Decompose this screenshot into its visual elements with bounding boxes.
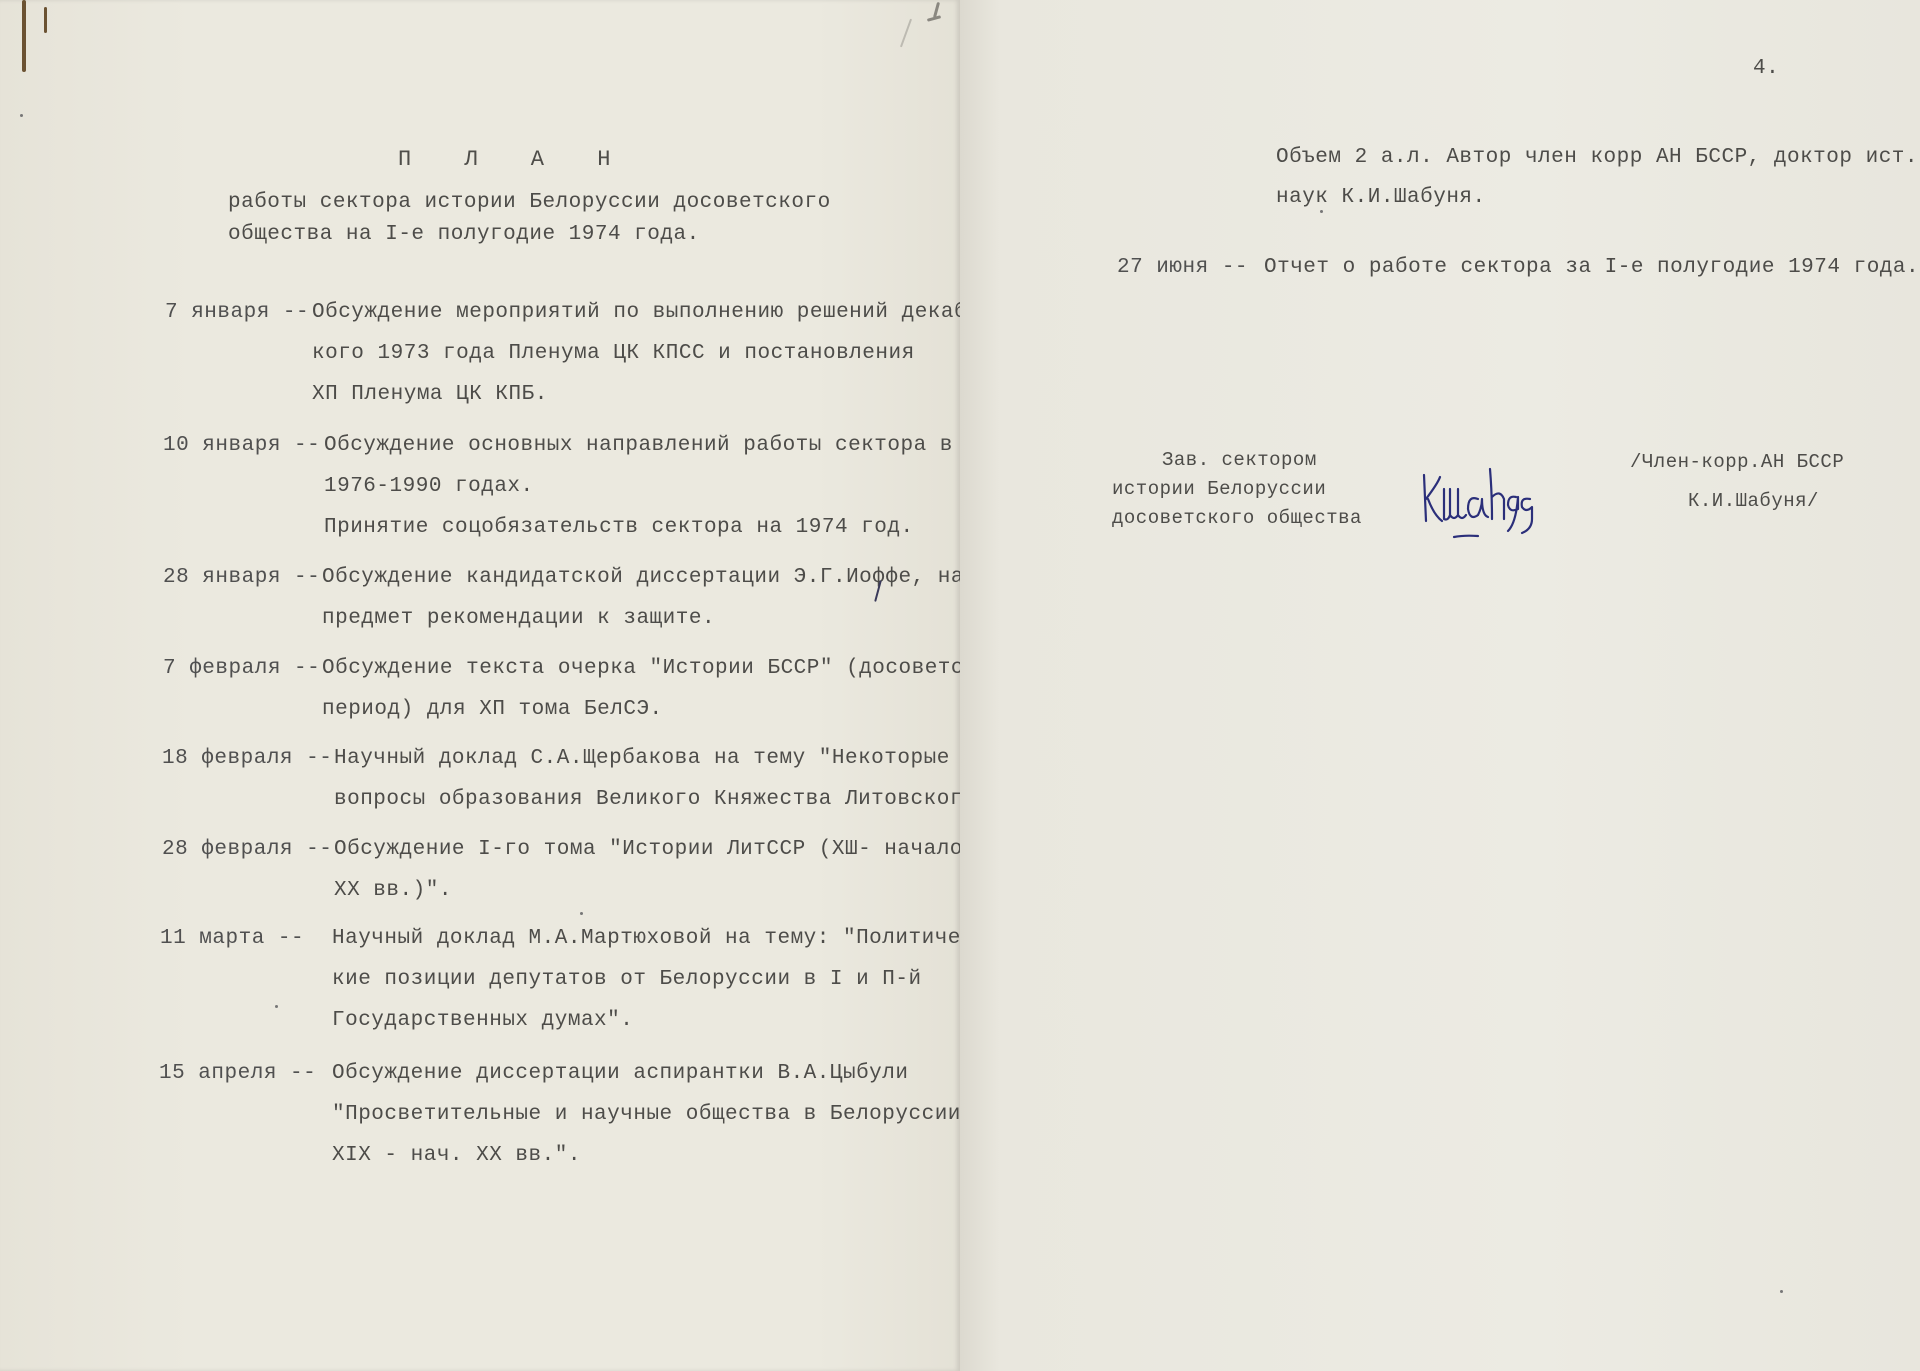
entry-line: 1976-1990 годах. bbox=[324, 474, 534, 500]
entry-date: 27 июня -- bbox=[1117, 255, 1248, 281]
paper-speck bbox=[275, 1005, 278, 1008]
paper-speck bbox=[1320, 210, 1323, 213]
entry-line: период) для ХП тома БелСЭ. bbox=[322, 697, 663, 723]
entry-line: вопросы образования Великого Княжества Л… bbox=[334, 787, 1002, 813]
signatory-position-line: досоветского общества bbox=[1112, 505, 1362, 531]
entry-line: Обсуждение основных направлений работы с… bbox=[324, 433, 953, 459]
signatory-position-line: Зав. сектором bbox=[1162, 447, 1317, 473]
entry-line: Государственных думах". bbox=[332, 1008, 633, 1034]
pencil-number-mark-icon bbox=[927, 15, 941, 22]
entry-line: Отчет о работе сектора за I-е полугодие … bbox=[1264, 255, 1919, 281]
entry-line: Научный доклад С.А.Щербакова на тему "Не… bbox=[334, 746, 950, 772]
entry-line: Обсуждение мероприятий по выполнению реш… bbox=[312, 300, 1006, 326]
entry-date: 7 января -- bbox=[165, 300, 309, 326]
continuation-line: Объем 2 а.л. Автор член корр АН БССР, до… bbox=[1276, 145, 1918, 171]
document-subtitle-line: работы сектора истории Белоруссии досове… bbox=[228, 190, 831, 216]
entry-line: "Просветительные и научные общества в Бе… bbox=[332, 1102, 987, 1128]
entry-line: Научный доклад М.А.Мартюховой на тему: "… bbox=[332, 926, 987, 952]
document-title: П Л А Н bbox=[398, 147, 630, 173]
paper-speck bbox=[580, 912, 583, 915]
pencil-mark-icon bbox=[22, 0, 26, 72]
pencil-mark-icon bbox=[44, 7, 47, 33]
entry-line: кие позиции депутатов от Белоруссии в I … bbox=[332, 967, 922, 993]
signatory-name-line: К.И.Шабуня/ bbox=[1688, 488, 1819, 514]
pencil-faint-mark-icon bbox=[900, 19, 912, 48]
entry-line: ХП Пленума ЦК КПБ. bbox=[312, 382, 548, 408]
signatory-name-line: /Член-корр.АН БССР bbox=[1630, 449, 1844, 475]
entry-line: ХХ вв.)". bbox=[334, 878, 452, 904]
paper-speck bbox=[1780, 1290, 1783, 1293]
entry-date: 10 января -- bbox=[163, 433, 320, 459]
entry-date: 18 февраля -- bbox=[162, 746, 332, 772]
entry-line: XIX - нач. ХХ вв.". bbox=[332, 1143, 581, 1169]
page-number: 4. bbox=[1753, 56, 1779, 82]
entry-date: 28 февраля -- bbox=[162, 837, 332, 863]
entry-line: Обсуждение диссертации аспирантки В.А.Цы… bbox=[332, 1061, 909, 1087]
left-page: П Л А Н работы сектора истории Белорусси… bbox=[0, 0, 960, 1371]
continuation-line: наук К.И.Шабуня. bbox=[1276, 185, 1486, 211]
entry-line: Принятие соцобязательств сектора на 1974… bbox=[324, 515, 914, 541]
entry-line: Обсуждение текста очерка "Истории БССР" … bbox=[322, 656, 1003, 682]
entry-date: 15 апреля -- bbox=[159, 1061, 316, 1087]
signatory-position-line: истории Белоруссии bbox=[1112, 476, 1326, 502]
entry-date: 28 января -- bbox=[163, 565, 320, 591]
entry-line: кого 1973 года Пленума ЦК КПСС и постано… bbox=[312, 341, 915, 367]
entry-line: предмет рекомендации к защите. bbox=[322, 606, 715, 632]
paper-speck bbox=[20, 114, 23, 117]
entry-line: Обсуждение кандидатской диссертации Э.Г.… bbox=[322, 565, 964, 591]
entry-date: 11 марта -- bbox=[160, 926, 304, 952]
document-subtitle-line: общества на I-е полугодие 1974 года. bbox=[228, 222, 700, 248]
entry-date: 7 февраля -- bbox=[163, 656, 320, 682]
handwritten-signature-icon bbox=[1420, 463, 1570, 543]
entry-line: Обсуждение I-го тома "Истории ЛитССР (ХШ… bbox=[334, 837, 963, 863]
right-page: 4. Объем 2 а.л. Автор член корр АН БССР,… bbox=[960, 0, 1920, 1371]
